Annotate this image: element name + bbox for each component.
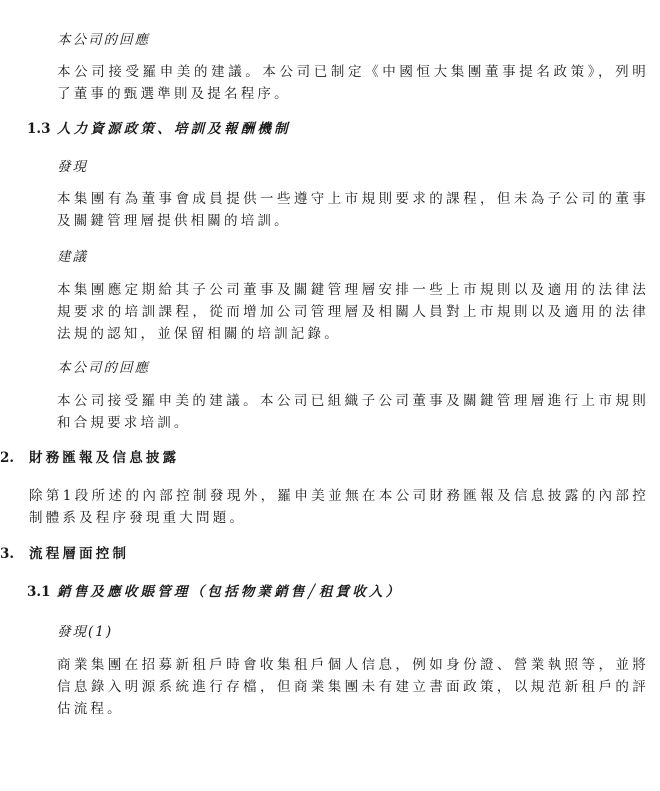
section-title: 銷售及應收賬管理（包括物業銷售╱租賃收入） bbox=[57, 581, 402, 603]
section-title: 流程層面控制 bbox=[29, 543, 129, 565]
finding-label: 發現 bbox=[57, 156, 88, 178]
company-response-paragraph: 本公司接受羅申美的建議。本公司已制定《中國恒大集團董事提名政策》，列明了董事的甄… bbox=[57, 61, 649, 105]
section-number: 3.1 bbox=[27, 581, 51, 603]
finding-paragraph: 本集團有為董事會成員提供一些遵守上市規則要求的課程，但未為子公司的董事及關鍵管理… bbox=[57, 188, 649, 232]
section-number: 3. bbox=[0, 543, 14, 565]
company-response-label-2: 本公司的回應 bbox=[57, 357, 150, 379]
document-page: 本公司的回應 本公司接受羅申美的建議。本公司已制定《中國恒大集團董事提名政策》，… bbox=[0, 0, 660, 791]
recommendation-paragraph: 本集團應定期給其子公司董事及關鍵管理層安排一些上市規則以及適用的法律法規要求的培… bbox=[57, 279, 649, 345]
finding-1-label: 發現(1) bbox=[57, 621, 113, 643]
section-number: 1.3 bbox=[27, 118, 51, 140]
company-response-paragraph-2: 本公司接受羅申美的建議。本公司已組織子公司董事及關鍵管理層進行上市規則和合規要求… bbox=[57, 390, 649, 434]
section-title: 財務匯報及信息披露 bbox=[29, 447, 179, 469]
section-2-paragraph: 除第1段所述的內部控制發現外，羅申美並無在本公司財務匯報及信息披露的內部控制體系… bbox=[29, 485, 649, 529]
section-number: 2. bbox=[0, 447, 14, 469]
recommendation-label: 建議 bbox=[57, 246, 88, 268]
section-title: 人力資源政策、培訓及報酬機制 bbox=[57, 118, 291, 140]
company-response-label: 本公司的回應 bbox=[57, 29, 150, 51]
finding-1-paragraph: 商業集團在招募新租戶時會收集租戶個人信息，例如身份證、營業執照等，並將信息錄入明… bbox=[57, 654, 649, 720]
